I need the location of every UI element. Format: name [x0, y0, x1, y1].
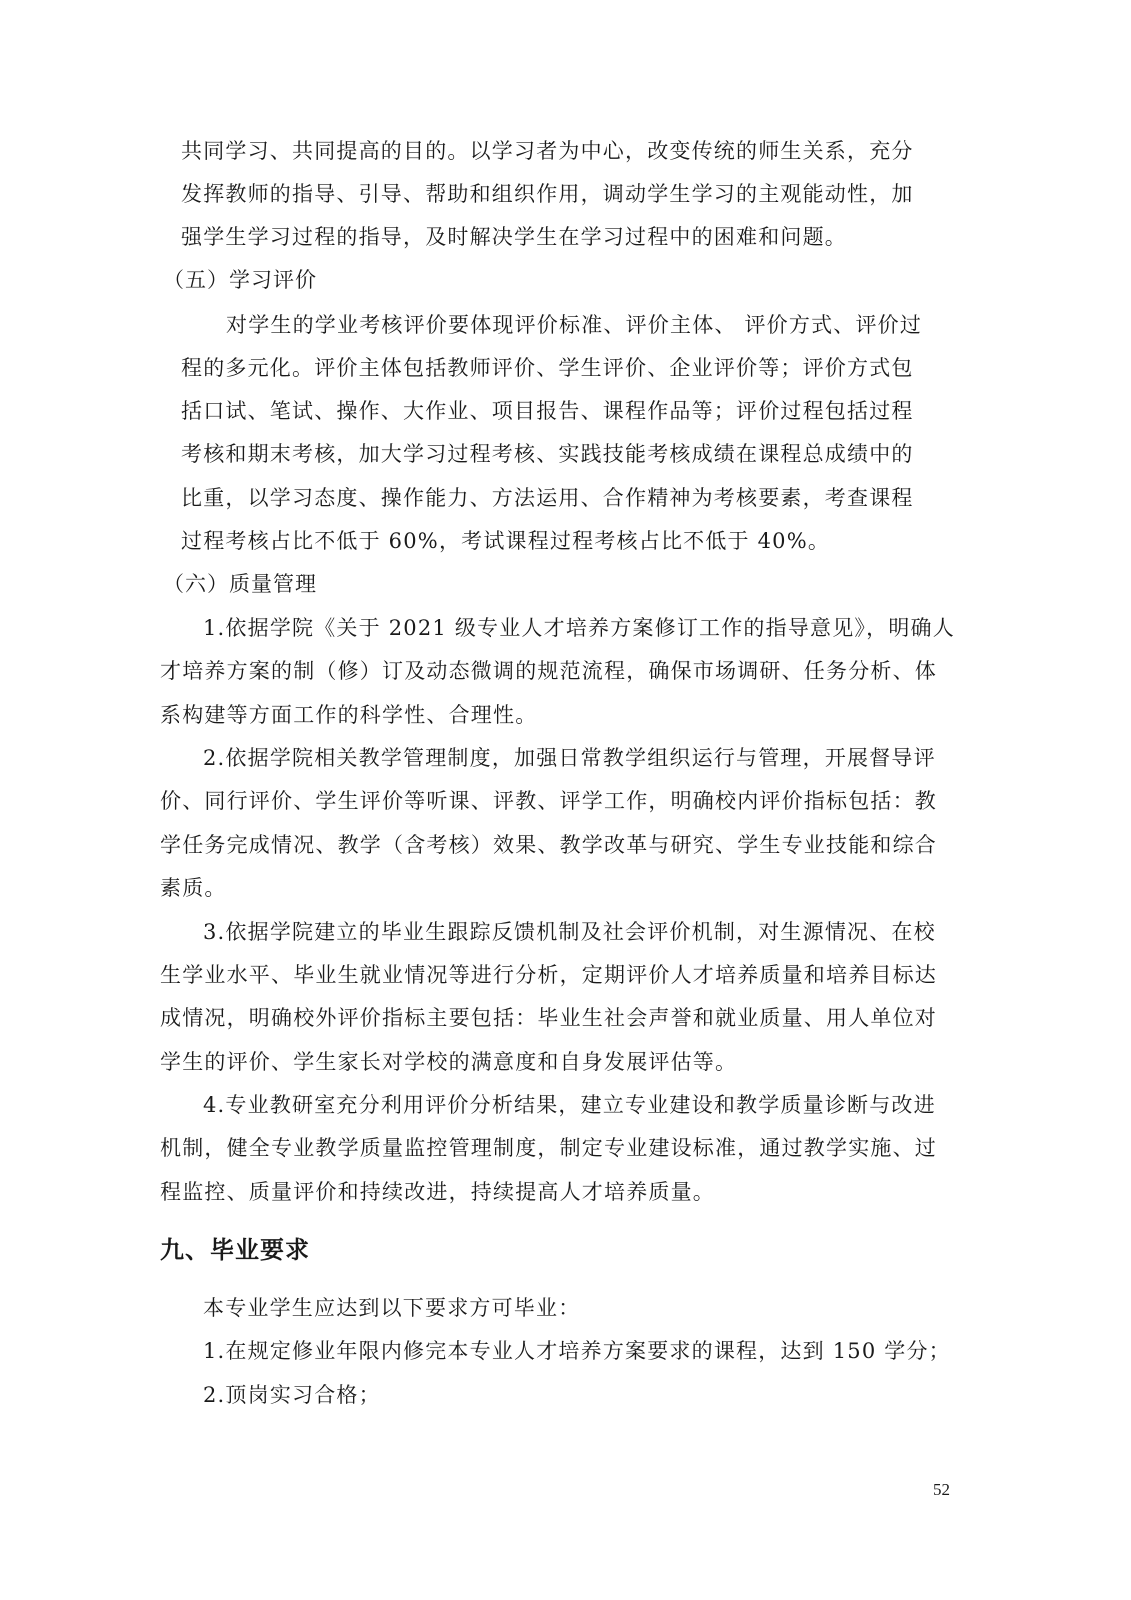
section-heading-learning-evaluation: （五）学习评价	[163, 265, 317, 295]
paragraph-line: 系构建等方面工作的科学性、合理性。	[160, 700, 537, 730]
paragraph-line: 程的多元化。评价主体包括教师评价、学生评价、企业评价等；评价方式包	[181, 353, 914, 383]
paragraph-line: 机制，健全专业教学质量监控管理制度，制定专业建设标准，通过教学实施、过	[160, 1133, 937, 1163]
paragraph-line: 比重，以学习态度、操作能力、方法运用、合作精神为考核要素，考查课程	[181, 483, 914, 513]
paragraph-line: 发挥教师的指导、引导、帮助和组织作用，调动学生学习的主观能动性，加	[181, 179, 914, 209]
paragraph-line: 价、同行评价、学生评价等听课、评教、评学工作，明确校内评价指标包括：教	[160, 786, 937, 816]
paragraph-line: 对学生的学业考核评价要体现评价标准、评价主体、 评价方式、评价过	[226, 310, 922, 340]
paragraph-line: 考核和期末考核，加大学习过程考核、实践技能考核成绩在课程总成绩中的	[181, 439, 914, 469]
paragraph-line: 3.依据学院建立的毕业生跟踪反馈机制及社会评价机制，对生源情况、在校	[203, 917, 936, 947]
page-number: 52	[933, 1480, 950, 1500]
paragraph-line: 括口试、笔试、操作、大作业、项目报告、课程作品等；评价过程包括过程	[181, 396, 914, 426]
paragraph-line: 学任务完成情况、教学（含考核）效果、教学改革与研究、学生专业技能和综合	[160, 830, 937, 860]
document-page: 共同学习、共同提高的目的。以学习者为中心，改变传统的师生关系，充分 发挥教师的指…	[0, 0, 1131, 1600]
paragraph-line: 共同学习、共同提高的目的。以学习者为中心，改变传统的师生关系，充分	[181, 136, 914, 166]
paragraph-line: 2.依据学院相关教学管理制度，加强日常教学组织运行与管理，开展督导评	[203, 743, 936, 773]
requirement-item: 2.顶岗实习合格；	[203, 1380, 381, 1410]
section-heading-quality-management: （六）质量管理	[163, 569, 317, 599]
paragraph-line: 学生的评价、学生家长对学校的满意度和自身发展评估等。	[160, 1047, 737, 1077]
paragraph-line: 过程考核占比不低于 60%，考试课程过程考核占比不低于 40%。	[181, 526, 830, 556]
paragraph-line: 程监控、质量评价和持续改进，持续提高人才培养质量。	[160, 1177, 715, 1207]
paragraph-line: 本专业学生应达到以下要求方可毕业：	[203, 1293, 580, 1323]
chapter-heading-graduation-requirements: 九、毕业要求	[160, 1233, 310, 1267]
paragraph-line: 强学生学习过程的指导，及时解决学生在学习过程中的困难和问题。	[181, 222, 847, 252]
paragraph-line: 素质。	[160, 873, 227, 903]
requirement-item: 1.在规定修业年限内修完本专业人才培养方案要求的课程，达到 150 学分；	[203, 1336, 951, 1366]
paragraph-line: 1.依据学院《关于 2021 级专业人才培养方案修订工作的指导意见》，明确人	[203, 613, 955, 643]
paragraph-line: 4.专业教研室充分利用评价分析结果，建立专业建设和教学质量诊断与改进	[203, 1090, 936, 1120]
paragraph-line: 生学业水平、毕业生就业情况等进行分析，定期评价人才培养质量和培养目标达	[160, 960, 937, 990]
paragraph-line: 成情况，明确校外评价指标主要包括：毕业生社会声誉和就业质量、用人单位对	[160, 1003, 937, 1033]
paragraph-line: 才培养方案的制（修）订及动态微调的规范流程，确保市场调研、任务分析、体	[160, 656, 937, 686]
